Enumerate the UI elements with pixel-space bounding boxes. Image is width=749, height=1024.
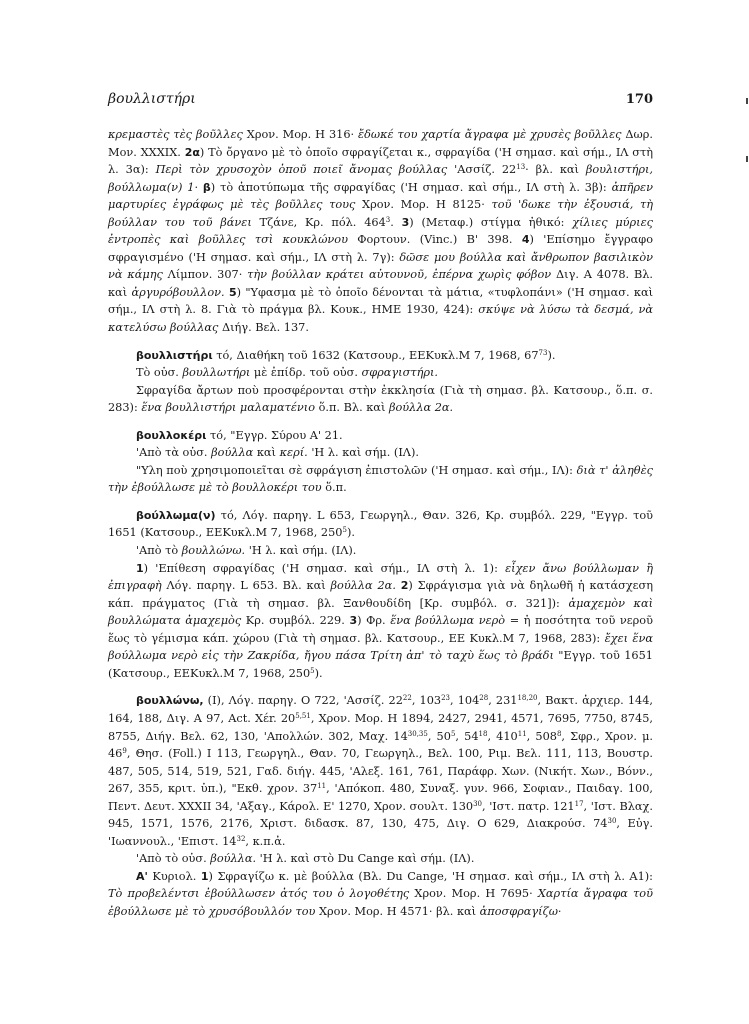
italic-run: τὴν βούλλαν κράτει αὐτουνοῦ, ἐπέρνα χωρὶ… — [247, 268, 551, 281]
entries-container: κρεμαστὲς τὲς βοῦλλες Χρον. Μορ. Η 316· … — [108, 126, 653, 921]
text-run: , 'Ιστ. πατρ. 121 — [482, 800, 575, 813]
text-run: , 104 — [450, 694, 479, 707]
italic-run: ἔδωκέ του χαρτία ἄγραφα μὲ χρυσὲς βοῦλλε… — [358, 128, 621, 141]
entry-paragraph: Σφραγίδα ἄρτων ποὺ προσφέρονται στὴν ἐκκ… — [108, 382, 653, 417]
entry-paragraph: κρεμαστὲς τὲς βοῦλλες Χρον. Μορ. Η 316· … — [108, 126, 653, 337]
italic-run: βούλλα. — [210, 852, 256, 865]
text-run: 'Απὸ τὰ οὐσ. — [136, 446, 211, 459]
bold-run: β — [203, 181, 211, 194]
text-run: · — [194, 181, 202, 194]
text-run: ὅ.π. Βλ. καὶ — [315, 401, 389, 414]
text-run: ) Σφραγίζω κ. μὲ βούλλα (Βλ. Du Cange, '… — [209, 870, 653, 883]
superscript: 13 — [516, 163, 525, 171]
entry-gap — [108, 682, 653, 692]
text-run: τό, Διαθήκη τοῦ 1632 (Κατσουρ., ΕΕΚυκλ.Μ… — [213, 349, 539, 362]
italic-run: ἕνα βουλλιστήρι μαλαματένιο — [141, 401, 315, 414]
text-run: ). — [547, 349, 555, 362]
entry-paragraph: 'Απὸ τὸ βουλλώνω. 'Η λ. καὶ σήμ. (ΙΛ). — [108, 542, 653, 560]
superscript: 5,51 — [295, 712, 311, 720]
bold-run: 1 — [201, 870, 209, 883]
text-run: , 54 — [455, 730, 478, 743]
text-run: 'Απὸ τὸ οὐσ. — [136, 852, 210, 865]
italic-run: βούλλα — [211, 446, 253, 459]
italic-run: Περὶ τὸν χρυσοχὸν ὁποῦ ποιεῖ ἄνομας βούλ… — [156, 163, 448, 176]
text-run: Χρον. Μορ. Η 316· — [243, 128, 358, 141]
italic-run: Τὸ προβελέντσι ἐβούλλωσεν ἀτός του ὁ λογ… — [108, 887, 409, 900]
text-run: , 103 — [412, 694, 441, 707]
entry-paragraph: "Υλη ποὺ χρησιμοποιεῖται σὲ σφράγιση ἐπι… — [108, 462, 653, 497]
entry-headline: βουλλοκέρι τό, "Εγγρ. Σύρου Α' 21. — [108, 427, 653, 445]
italic-run: κρεμαστὲς τὲς βοῦλλες — [108, 128, 243, 141]
text-run: ) (Μεταφ.) στίγμα ἠθικό: — [409, 216, 572, 229]
italic-run: κερί. — [280, 446, 308, 459]
bold-run: βουλλοκέρι — [136, 429, 206, 442]
entry-boullono: βουλλώνω, (Ι), Λόγ. παρηγ. Ο 722, 'Ασσίζ… — [108, 692, 653, 920]
text-run: 'Η λ. καὶ σήμ. (ΙΛ). — [308, 446, 419, 459]
entry-gap — [108, 337, 653, 347]
text-run: , 508 — [527, 730, 557, 743]
running-head-word: βουλλιστήρι — [108, 91, 196, 109]
text-run: . — [390, 216, 401, 229]
italic-run: βουλλώνω. — [182, 544, 245, 557]
italic-run: ἀργυρόβουλλον. — [131, 286, 224, 299]
text-run: μὲ ἐπίδρ. τοῦ οὐσ. — [250, 366, 361, 379]
text-run: Χρον. Μορ. Η 7695· — [409, 887, 538, 900]
text-run: "Υλη ποὺ χρησιμοποιεῖται σὲ σφράγιση ἐπι… — [136, 464, 577, 477]
superscript: 30,35 — [408, 730, 428, 738]
bold-run: βούλλωμα(ν) — [136, 509, 216, 522]
text-run: Χρον. Μορ. Η 8125· — [355, 198, 491, 211]
italic-run: βουλλωτήρι — [183, 366, 251, 379]
bold-run: 1 — [136, 562, 144, 575]
entry-paragraph: 'Απὸ τὸ οὐσ. βούλλα. 'Η λ. καὶ στὸ Du Ca… — [108, 850, 653, 868]
text-run: Λόγ. παρηγ. L 653. Βλ. καὶ — [162, 579, 331, 592]
entry-boullistiri: βουλλιστήρι τό, Διαθήκη τοῦ 1632 (Κατσου… — [108, 347, 653, 417]
text-run: Διήγ. Βελ. 137. — [218, 321, 309, 334]
text-run: ) Φρ. — [357, 614, 390, 627]
italic-run: βούλλα 2α. — [389, 401, 453, 414]
text-run: (Ι), Λόγ. παρηγ. Ο 722, 'Ασσίζ. 22 — [204, 694, 403, 707]
text-run: Κυριολ. — [148, 870, 201, 883]
text-run: , 410 — [487, 730, 517, 743]
entry-boulloma: βούλλωμα(ν) τό, Λόγ. παρηγ. L 653, Γεωργ… — [108, 507, 653, 682]
entry-paragraph: 1) 'Επίθεση σφραγίδας ('Η σημασ. καὶ σήμ… — [108, 560, 653, 683]
dictionary-page: βουλλιστήρι 170 κρεμαστὲς τὲς βοῦλλες Χρ… — [108, 86, 653, 921]
text-run: ὅ.π. — [322, 481, 347, 494]
scan-edge-mark — [746, 156, 748, 162]
bold-run: Α' — [136, 870, 148, 883]
running-head: βουλλιστήρι 170 — [108, 86, 653, 126]
text-run: · βλ. καὶ — [525, 163, 586, 176]
text-run: 'Ασσίζ. 22 — [447, 163, 516, 176]
entry-gap — [108, 417, 653, 427]
text-run: Φορτουν. (Vinc.) Β' 398. — [348, 233, 522, 246]
text-run: 'Απὸ τὸ — [136, 544, 182, 557]
superscript: 28 — [479, 694, 488, 702]
superscript: 11 — [317, 782, 326, 790]
text-run: 'Η λ. καὶ σήμ. (ΙΛ). — [245, 544, 356, 557]
entry-paragraph: Τὸ οὐσ. βουλλωτήρι μὲ ἐπίδρ. τοῦ οὐσ. σφ… — [108, 364, 653, 382]
italic-run: βούλλα 2α. — [331, 579, 396, 592]
bold-run: 4 — [522, 233, 530, 246]
text-run: τό, "Εγγρ. Σύρου Α' 21. — [206, 429, 342, 442]
text-run: 'Η λ. καὶ στὸ Du Cange καὶ σήμ. (ΙΛ). — [256, 852, 474, 865]
text-run: Τὸ οὐσ. — [136, 366, 183, 379]
bold-run: 3 — [349, 614, 357, 627]
italic-run: ἀποσφραγίζω· — [480, 905, 562, 918]
text-run: ). — [315, 667, 323, 680]
text-run: Λίμπον. 307· — [163, 268, 247, 281]
bold-run: βουλλιστήρι — [136, 349, 213, 362]
bold-run: 5 — [229, 286, 237, 299]
text-run: ) τὸ ἀποτύπωμα τῆς σφραγίδας ('Η σημασ. … — [211, 181, 612, 194]
entry-gap — [108, 497, 653, 507]
entry-continuation: κρεμαστὲς τὲς βοῦλλες Χρον. Μορ. Η 316· … — [108, 126, 653, 337]
bold-run: βουλλώνω, — [136, 694, 204, 707]
superscript: 30 — [473, 800, 482, 808]
superscript: 23 — [441, 694, 450, 702]
entry-paragraph: 'Απὸ τὰ οὐσ. βούλλα καὶ κερί. 'Η λ. καὶ … — [108, 444, 653, 462]
entry-headline: βουλλώνω, (Ι), Λόγ. παρηγ. Ο 722, 'Ασσίζ… — [108, 692, 653, 850]
superscript: 22 — [403, 694, 412, 702]
entry-paragraph: Α' Κυριολ. 1) Σφραγίζω κ. μὲ βούλλα (Βλ.… — [108, 868, 653, 921]
superscript: 18,20 — [517, 694, 537, 702]
superscript: 11 — [518, 730, 527, 738]
text-run: , 50 — [428, 730, 451, 743]
text-run: , κ.π.ἀ. — [245, 835, 285, 848]
italic-run: σφραγιστήρι. — [362, 366, 438, 379]
text-run: καὶ — [253, 446, 279, 459]
superscript: 17 — [575, 800, 584, 808]
bold-run: 2α — [185, 146, 200, 159]
text-run: , 231 — [488, 694, 517, 707]
page-number: 170 — [626, 91, 653, 109]
entry-headline: βούλλωμα(ν) τό, Λόγ. παρηγ. L 653, Γεωργ… — [108, 507, 653, 542]
scan-edge-mark — [746, 98, 748, 104]
text-run: Τζάνε, Κρ. πόλ. 464 — [252, 216, 386, 229]
text-run: ). — [347, 526, 355, 539]
italic-run: ἕνα βούλλωμα νερὸ — [390, 614, 505, 627]
entry-headline: βουλλιστήρι τό, Διαθήκη τοῦ 1632 (Κατσου… — [108, 347, 653, 365]
text-run: Χρον. Μορ. Η 4571· βλ. καὶ — [315, 905, 479, 918]
entry-boullokeri: βουλλοκέρι τό, "Εγγρ. Σύρου Α' 21.'Απὸ τ… — [108, 427, 653, 497]
text-run: Κρ. συμβόλ. 229. — [241, 614, 349, 627]
text-run: ) 'Επίθεση σφραγίδας ('Η σημασ. καὶ σήμ.… — [144, 562, 505, 575]
